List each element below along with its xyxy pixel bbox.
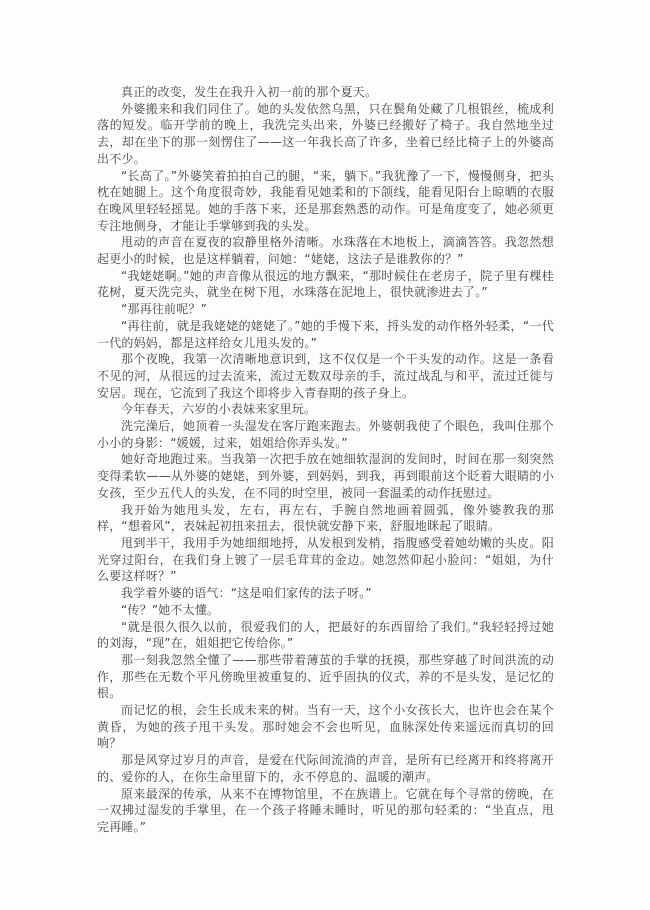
paragraph: “传？”她不太懂。: [97, 602, 554, 619]
paragraph: 原来最深的传承，从来不在博物馆里，不在族谱上。它就在每个寻常的傍晚，在一双拂过湿…: [97, 786, 554, 836]
paragraph: 我学着外婆的语气：“这是咱们家传的法子呀。”: [97, 585, 554, 602]
essay-text-block: 真正的改变，发生在我升入初一前的那个夏天。 外婆搬来和我们同住了。她的头发依然乌…: [97, 84, 554, 836]
paragraph: “再往前，就是我姥姥的姥姥了。”她的手慢下来，捋头发的动作格外轻柔，“一代一代的…: [97, 318, 554, 351]
paragraph: 而记忆的根，会生长成未来的树。当有一天，这个小女孩长大，也许也会在某个黄昏，为她…: [97, 702, 554, 752]
paragraph: “长高了。”外婆笑着拍拍自己的腿，“来，躺下。”我犹豫了一下，慢慢侧身，把头枕在…: [97, 168, 554, 235]
paragraph: 那一刻我忽然全懂了——那些带着薄茧的手掌的抚摸，那些穿越了时间洪流的动作，那些在…: [97, 652, 554, 702]
paragraph: 那是风穿过岁月的声音，是爱在代际间流淌的声音，是所有已经离开和终将离开的、爱你的…: [97, 752, 554, 785]
paragraph: 她好奇地跑过来。当我第一次把手放在她细软湿润的发间时，时间在那一刻突然变得柔软—…: [97, 451, 554, 501]
paragraph: 真正的改变，发生在我升入初一前的那个夏天。: [97, 84, 554, 101]
paragraph: 洗完澡后，她顶着一头湿发在客厅跑来跑去。外婆朝我使了个眼色，我叫住那个小小的身影…: [97, 418, 554, 451]
paragraph: “我姥姥啊。”她的声音像从很远的地方飘来，“那时候住在老房子，院子里有棵桂花树，…: [97, 268, 554, 301]
paragraph: 今年春天，六岁的小表妹来家里玩。: [97, 401, 554, 418]
paragraph: 外婆搬来和我们同住了。她的头发依然乌黑，只在鬓角处藏了几根银丝，梳成利落的短发。…: [97, 101, 554, 168]
paragraph: 我开始为她甩头发，左右，再左右，手腕自然地画着圆弧，像外婆教我的那样，“想着风”…: [97, 502, 554, 535]
paragraph: 那个夜晚，我第一次清晰地意识到，这不仅仅是一个干头发的动作。这是一条看不见的河，…: [97, 351, 554, 401]
paragraph: 甩动的声音在夏夜的寂静里格外清晰。水珠落在木地板上，滴滴答答。我忽然想起更小的时…: [97, 234, 554, 267]
paragraph: 甩到半干，我用手为她细细地捋，从发根到发梢，指腹感受着她幼嫩的头皮。阳光穿过阳台…: [97, 535, 554, 585]
paragraph: “就是很久很久以前，很爱我们的人，把最好的东西留给了我们。”我轻轻捋过她的刘海，…: [97, 619, 554, 652]
document-page: 真正的改变，发生在我升入初一前的那个夏天。 外婆搬来和我们同住了。她的头发依然乌…: [0, 0, 650, 910]
paragraph: “那再往前呢？”: [97, 301, 554, 318]
